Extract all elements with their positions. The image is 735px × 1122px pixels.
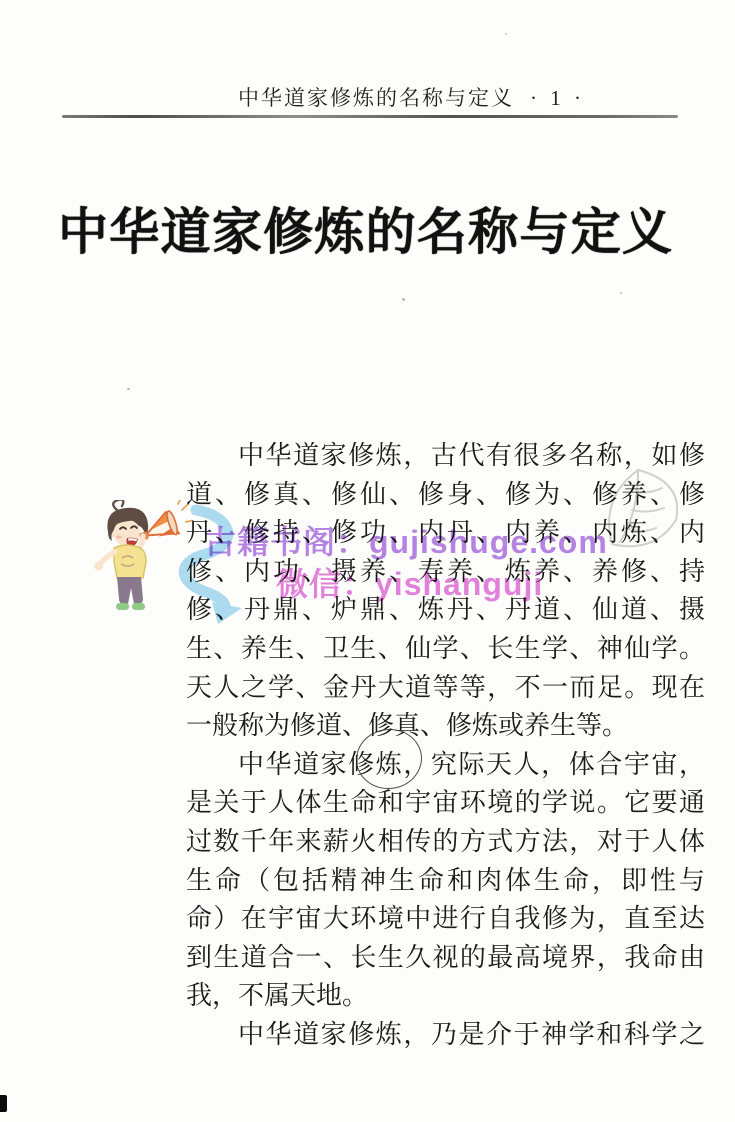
- body-line: 道、修真、修仙、修身、修为、修养、修: [186, 476, 705, 515]
- body-line: 到生道合一、长生久视的最高境界，我命由: [186, 939, 705, 978]
- body-line: 中华道家修炼，乃是介于神学和科学之: [186, 1016, 705, 1055]
- body-line: 一般称为修道、修真、修炼或养生等。: [186, 707, 705, 746]
- scan-speck: [127, 388, 130, 390]
- body-line: 中华道家修炼，究际天人，体合宇宙，: [186, 746, 705, 785]
- body-line: 生、养生、卫生、仙学、长生学、神仙学。: [186, 630, 705, 669]
- body-line: 我，不属天地。: [186, 977, 705, 1016]
- body-line: 是关于人体生命和宇宙环境的学说。它要通: [186, 784, 705, 823]
- running-header: 中华道家修炼的名称与定义· 1 ·: [0, 82, 585, 112]
- scan-speck: [620, 292, 622, 294]
- body-line: 天人之学、金丹大道等等，不一而足。现在: [186, 669, 705, 708]
- scanned-book-page: 中华道家修炼的名称与定义· 1 · 中华道家修炼的名称与定义 中华道家修炼，古代…: [0, 0, 735, 1122]
- binding-mark: [0, 1095, 7, 1112]
- body-line: 中华道家修炼，古代有很多名称，如修: [186, 437, 705, 476]
- body-line: 生命（包括精神生命和肉体生命，即性与: [186, 862, 705, 901]
- body-line: 丹、修持、修功、内丹、内养、内炼、内: [186, 514, 705, 553]
- running-header-title: 中华道家修炼的名称与定义: [238, 86, 514, 110]
- scan-speck: [505, 33, 507, 35]
- cartoon-boy-megaphone-icon: [86, 500, 192, 628]
- body-text-column: 中华道家修炼，古代有很多名称，如修 道、修真、修仙、修身、修为、修养、修 丹、修…: [186, 437, 705, 1055]
- body-line: 修、丹鼎、炉鼎、炼丹、丹道、仙道、摄: [186, 591, 705, 630]
- body-line: 修、内功、摄养、寿养、炼养、养修、持: [186, 553, 705, 592]
- scan-speck: [402, 298, 405, 301]
- body-line: 命）在宇宙大环境中进行自我修为，直至达: [186, 900, 705, 939]
- page-number: · 1 ·: [530, 86, 585, 110]
- megaphone-icon: [135, 510, 179, 545]
- chapter-title: 中华道家修炼的名称与定义: [58, 202, 672, 262]
- header-rule: [62, 115, 678, 118]
- body-line: 过数千年来薪火相传的方式方法，对于人体: [186, 823, 705, 862]
